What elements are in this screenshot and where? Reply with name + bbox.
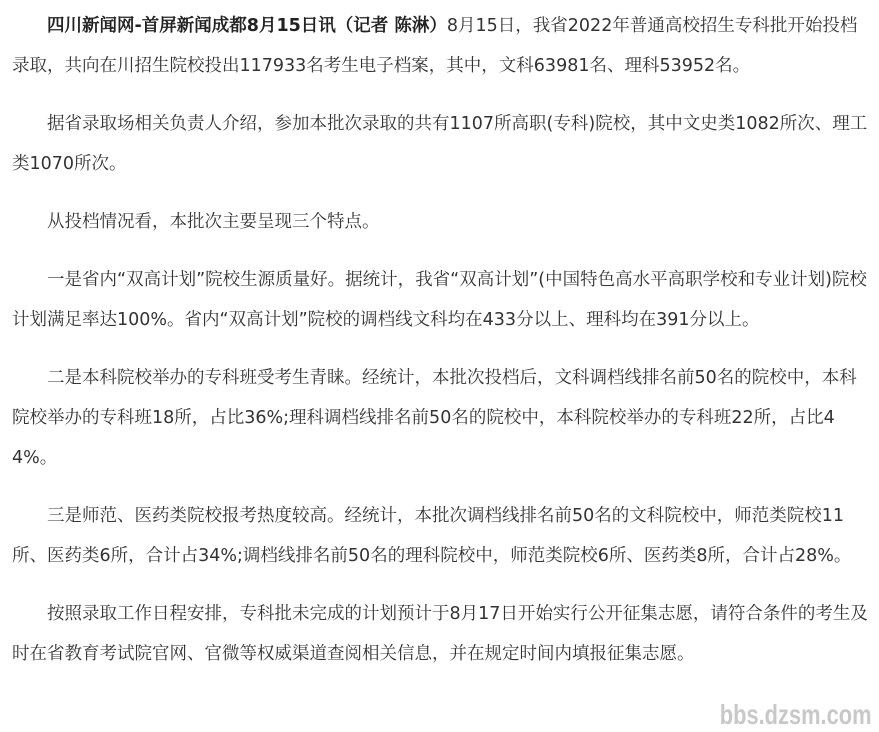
paragraph-overview: 从投档情况看，本批次主要呈现三个特点。 <box>12 202 872 242</box>
lead-paragraph: 四川新闻网-首屏新闻成都8月15日讯（记者 陈淋）8月15日，我省2022年普通… <box>12 6 872 86</box>
dateline: 四川新闻网-首屏新闻成都8月15日讯（记者 陈淋） <box>47 16 447 36</box>
news-article: 四川新闻网-首屏新闻成都8月15日讯（记者 陈淋）8月15日，我省2022年普通… <box>12 6 872 674</box>
paragraph-admission-institutions: 据省录取场相关负责人介绍，参加本批次录取的共有1107所高职(专科)院校，其中文… <box>12 104 872 184</box>
site-watermark: bbs.dzsm.com <box>719 700 871 730</box>
paragraph-schedule: 按照录取工作日程安排，专科批未完成的计划预计于8月17日开始实行公开征集志愿，请… <box>12 594 872 674</box>
paragraph-feature-one: 一是省内“双高计划”院校生源质量好。据统计，我省“双高计划”(中国特色高水平高职… <box>12 260 872 340</box>
paragraph-feature-three: 三是师范、医药类院校报考热度较高。经统计，本批次调档线排名前50名的文科院校中，… <box>12 496 872 576</box>
paragraph-feature-two: 二是本科院校举办的专科班受考生青睐。经统计，本批次投档后，文科调档线排名前50名… <box>12 358 872 478</box>
